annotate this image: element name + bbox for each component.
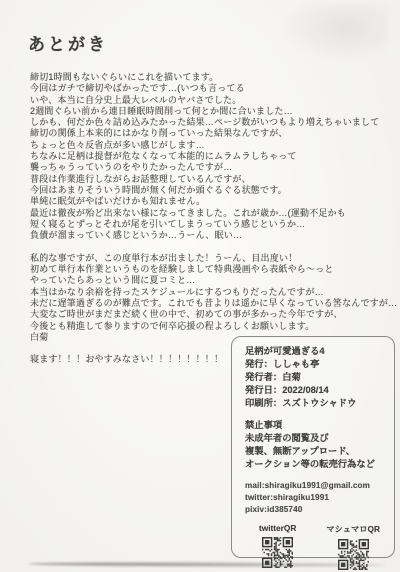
afterword-line: 短く寝るとずっとそれが尾を引いてしまうっていう感じというか… [30,219,396,230]
afterword-line: ちょっと色々反省点が多い感じがします… [30,140,396,151]
prohibition-section: 禁止事項 未成年者の閲覧及び複製、無断アップロード、オークション等の転売行為など [245,419,388,471]
publication-line: 発行：ししゃも亭 [245,358,388,371]
afterword-line: ちなみに足柄は提督が危なくなって本能的にムラムラしちゃって [30,151,396,162]
marshmallow-qr-label: マシュマロQR [326,523,380,535]
afterword-line: 未だに遅筆過ぎるのが難点です。これでも昔よりは遥かに早くなっている筈なんですが… [30,298,396,309]
afterword-line: 今後とも精進して参りますので何卒応援の程よろしくお願いします。 [30,321,396,332]
afterword-line: 単純に眠気がやばいだけかも知れません。 [30,196,396,207]
contact-line: pixiv:id385740 [245,504,388,516]
afterword-line: 大変なご時世がまだまだ続く世の中で、初めての事が多かった今年ですが、 [30,309,396,320]
afterword-line: 初めて単行本作業というものを経験しまして特典漫画やら表紙やら～っと [30,264,396,275]
afterword-line: 本当はかなり余裕を持ったスケジュールにするつもりだったんですが… [30,287,396,298]
afterword-line: 締切1時間もないぐらいにこれを描いてます。 [30,72,396,83]
publication-line: 発行日：2022/08/14 [245,384,388,397]
afterword-line: しかも、何だか色々詰め込みたかった結果…ページ数がいつもより増えちゃいまして [30,117,396,128]
afterword-line: 普段は作業進行しながらお話整理しているんですが、 [30,174,396,185]
publication-line: 発行者：白菊 [245,371,388,384]
book-title: 足柄が可愛過ぎる4 [245,345,388,358]
prohibition-title: 禁止事項 [245,419,388,432]
afterword-text: 締切1時間もないぐらいにこれを描いてます。今回はガチで締切やばかったです…(いつ… [30,72,396,366]
afterword-line: 今回はガチで締切やばかったです…(いつも言ってる [30,83,396,94]
contact-line: mail:shiragiku1991@gmail.com [245,480,388,492]
prohibition-list: 未成年者の閲覧及び複製、無断アップロード、オークション等の転売行為など [245,432,388,471]
afterword-line: 襲っちゃうっていうのをやりたかったんですが… [30,162,396,173]
publication-line: 印刷所：スズトウシャドウ [245,397,388,410]
afterword-line: 今回はあまりそういう時間が無く何だか頭ぐるぐる状態です。 [30,185,396,196]
afterword-line: 私的な事ですが、この度単行本が出ました！うーん、目出度い！ [30,253,396,264]
prohibition-line: オークション等の転売行為など [245,458,388,471]
prohibition-line: 未成年者の閲覧及び [245,432,388,445]
publication-info: 発行：ししゃも亭発行者：白菊発行日：2022/08/14印刷所：スズトウシャドウ [245,358,388,410]
contact-line: twitter:shiragiku1991 [245,492,388,504]
afterword-line: 最近は徹夜が殆ど出来ない様になってきました。これが歳か…(運動不足かも [30,208,396,219]
colophon-box: 足柄が可愛過ぎる4 発行：ししゃも亭発行者：白菊発行日：2022/08/14印刷… [231,336,395,558]
contact-info: mail:shiragiku1991@gmail.comtwitter:shir… [245,480,388,516]
prohibition-line: 複製、無断アップロード、 [245,445,388,458]
twitter-qr-label: twitterQR [259,523,296,533]
afterword-line: 2週間ぐらい前から連日睡眠時間削って何とか間に合いました… [30,106,396,117]
page-edge-shadow [28,561,386,567]
afterword-line: 負債が溜まっていく感じというか…うーん、眠い… [30,230,396,241]
scanned-page: あとがき 締切1時間もないぐらいにこれを描いてます。今回はガチで締切やばかったで… [0,0,400,572]
afterword-line: いや、本当に自分史上最大レベルのヤバさでした。 [30,95,396,106]
scan-smudge [278,4,388,62]
page-title: あとがき [28,30,108,55]
afterword-line [30,241,396,252]
afterword-line: やっていたらあっという間に夏コミと… [30,275,396,286]
afterword-line: 締切の関係上本来的にはかなり削っていった結果なんですが、 [30,128,396,139]
